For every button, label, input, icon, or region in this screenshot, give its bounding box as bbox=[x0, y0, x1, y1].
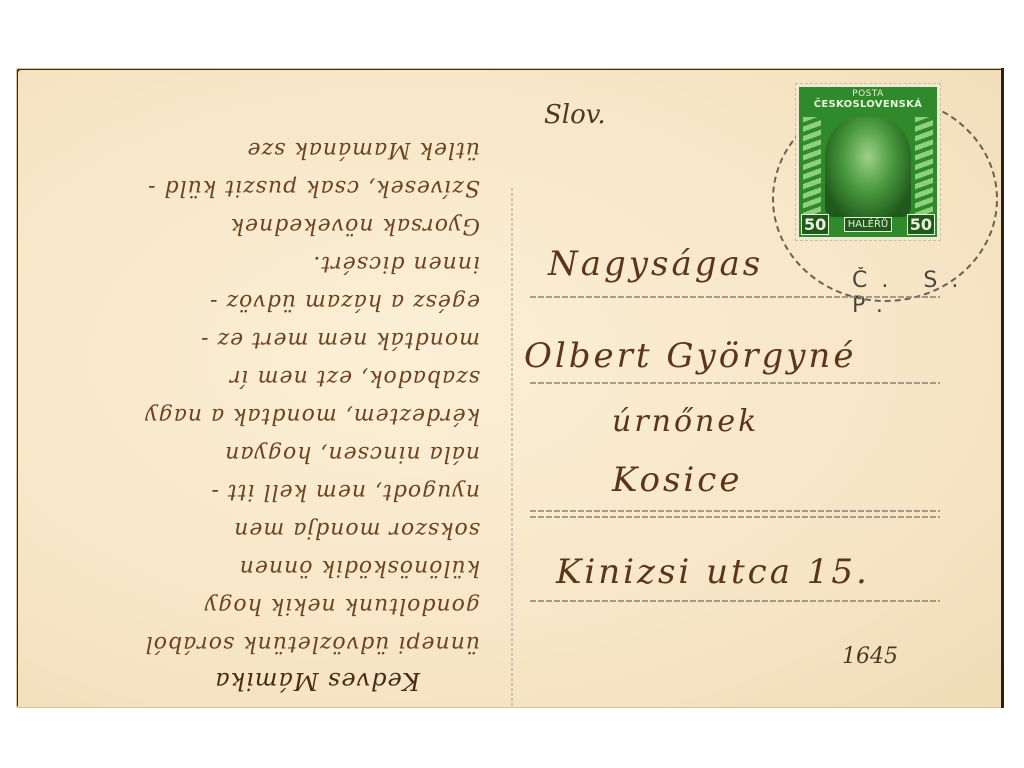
address-rule bbox=[530, 296, 940, 298]
message-line: Gyorsak növekednek bbox=[20, 206, 480, 244]
address-rule bbox=[530, 510, 940, 512]
catalog-number: 1645 bbox=[842, 644, 898, 669]
message-line: nyugodt, nem kell itt - bbox=[20, 472, 480, 510]
address-rule bbox=[530, 600, 940, 602]
address-city: Kosice bbox=[612, 460, 742, 500]
address-rule bbox=[530, 382, 940, 384]
address-street: Kinizsi utca 15. bbox=[556, 552, 870, 592]
message-line: sokszor mondja men bbox=[20, 510, 480, 548]
laurel-right-icon bbox=[915, 117, 933, 217]
handwritten-message-upside-down: Kedves Mámika ünnepi üdvözletünk sorából… bbox=[20, 70, 480, 700]
message-line: nála nincsen, hogyan bbox=[20, 434, 480, 472]
portrait-icon bbox=[825, 117, 911, 217]
postmark-text: Č. S. P. bbox=[852, 268, 1024, 318]
stamp-line1: POSTA bbox=[799, 87, 937, 99]
message-line: egész a házam üdvöz - bbox=[20, 282, 480, 320]
address-salutation: Nagyságas bbox=[548, 244, 763, 284]
message-line: innen dicsért. bbox=[20, 244, 480, 282]
address-title: úrnőnek bbox=[612, 404, 759, 439]
stamp-currency: HALÉŘŮ bbox=[844, 217, 893, 232]
stamp-line2: ČESKOSLOVENSKÁ bbox=[799, 99, 937, 110]
message-line: gondoltunk nekik hogy bbox=[20, 586, 480, 624]
message-line: mondták nem mert ez - bbox=[20, 320, 480, 358]
message-line: kérdeztem, mondtak a nagy bbox=[20, 396, 480, 434]
message-line: Szívesek, csak puszit küld - bbox=[20, 168, 480, 206]
message-line: különösködik önnen bbox=[20, 548, 480, 586]
message-line: ünnepi üdvözletünk sorából bbox=[20, 624, 480, 662]
address-rule bbox=[530, 516, 940, 518]
message-line: ütlek Mamának sze bbox=[20, 130, 480, 168]
postage-stamp: POSTA ČESKOSLOVENSKÁ 50 HALÉŘŮ 50 bbox=[796, 84, 940, 240]
center-divider bbox=[511, 188, 513, 708]
top-note: Slov. bbox=[544, 100, 606, 130]
address-name: Olbert Györgyné bbox=[524, 336, 856, 376]
laurel-left-icon bbox=[803, 117, 821, 217]
stamp-value-left: 50 bbox=[801, 214, 829, 235]
stamp-value-right: 50 bbox=[907, 214, 935, 235]
message-line: szabadok, ezt nem ír bbox=[20, 358, 480, 396]
message-line: Kedves Mámika bbox=[20, 662, 480, 700]
